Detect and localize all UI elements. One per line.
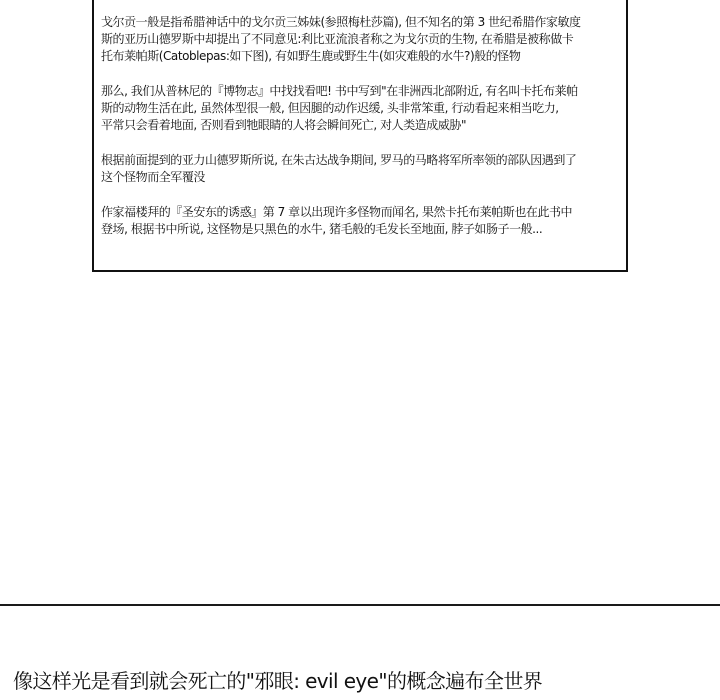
note-line: 根据前面提到的亚力山德罗斯所说, 在朱古达战争期间, 罗马的马略将军所率领的部队… <box>101 152 621 169</box>
note-line: 作家福楼拜的『圣安东的诱惑』第 7 章以出现许多怪物而闻名, 果然卡托布莱帕斯也… <box>101 204 621 221</box>
note-line: 斯的亚历山德罗斯中却提出了不同意见:利比亚流浪者称之为戈尔贡的生物, 在希腊是被… <box>101 31 621 48</box>
note-line: 托布莱帕斯(Catoblepas:如下图), 有如野生鹿或野生牛(如灾难般的水牛… <box>101 48 621 65</box>
note-line: 这个怪物而全军覆没 <box>101 169 621 186</box>
panel-divider <box>0 604 720 606</box>
note-paragraph-gorgon: 戈尔贡一般是指希腊神话中的戈尔贡三姊妹(参照梅杜莎篇), 但不知名的第 3 世纪… <box>101 14 621 65</box>
note-line: 登场, 根据书中所说, 这怪物是只黑色的水牛, 猪毛般的毛发长至地面, 脖子如肠… <box>101 221 621 238</box>
note-paragraph-pliny: 那么, 我们从普林尼的『博物志』中找找看吧! 书中写到"在非洲西北部附近, 有名… <box>101 83 621 134</box>
note-box: 戈尔贡一般是指希腊神话中的戈尔贡三姊妹(参照梅杜莎篇), 但不知名的第 3 世纪… <box>92 0 628 272</box>
note-paragraph-alexandros: 根据前面提到的亚力山德罗斯所说, 在朱古达战争期间, 罗马的马略将军所率领的部队… <box>101 152 621 186</box>
caption-text: 像这样光是看到就会死亡的"邪眼: evil eye"的概念遍布全世界 <box>13 667 542 695</box>
note-line: 斯的动物生活在此, 虽然体型很一般, 但因腿的动作迟缓, 头非常笨重, 行动看起… <box>101 100 621 117</box>
note-line: 平常只会看着地面, 否则看到牠眼睛的人将会瞬间死亡, 对人类造成威胁" <box>101 117 621 134</box>
note-paragraph-flaubert: 作家福楼拜的『圣安东的诱惑』第 7 章以出现许多怪物而闻名, 果然卡托布莱帕斯也… <box>101 204 621 238</box>
note-line: 戈尔贡一般是指希腊神话中的戈尔贡三姊妹(参照梅杜莎篇), 但不知名的第 3 世纪… <box>101 14 621 31</box>
note-line: 那么, 我们从普林尼的『博物志』中找找看吧! 书中写到"在非洲西北部附近, 有名… <box>101 83 621 100</box>
